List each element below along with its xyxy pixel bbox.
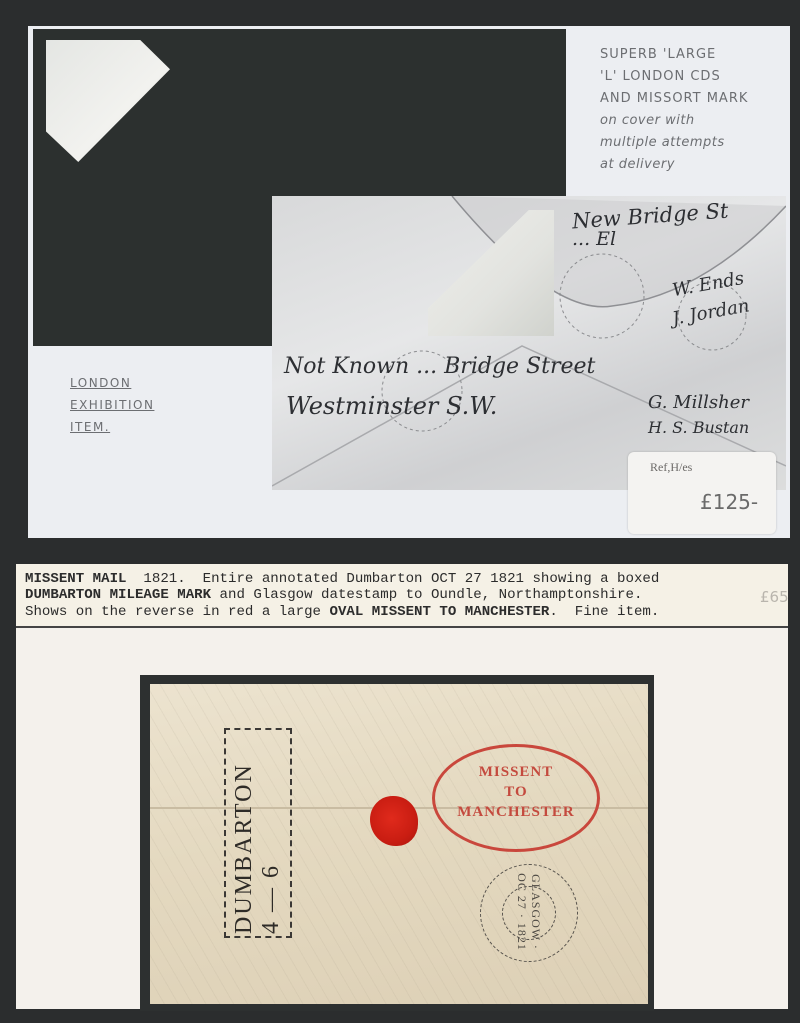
note-line: 'L' LONDON CDS — [600, 66, 785, 88]
reference-price-label: Ref,H/es £125- — [628, 452, 776, 534]
mileage-mark-text: DUMBARTON 4 — 6 — [230, 744, 286, 934]
postman-signature: G. Millsher — [648, 392, 749, 413]
description-line: MISSENT MAIL 1821. Entire annotated Dumb… — [25, 571, 779, 587]
handwritten-price: £125- — [700, 490, 758, 514]
entire-letter-cover: DUMBARTON 4 — 6 MISSENT TO MANCHESTER GL… — [150, 684, 648, 1004]
description-text: 1821. Entire annotated Dumbarton OCT 27 … — [127, 571, 660, 587]
note-line: SUPERB 'LARGE — [600, 44, 785, 66]
handwritten-description-note: SUPERB 'LARGE 'L' LONDON CDS AND MISSORT… — [600, 44, 785, 176]
datestamp-text: GLASGOW · OC 27 · 1821 — [515, 863, 543, 961]
description-text: . Fine item. — [549, 604, 659, 620]
description-heading: MISSENT MAIL — [25, 571, 127, 587]
description-emphasis: OVAL MISSENT TO MANCHESTER — [329, 604, 549, 620]
handstamp-line: TO — [432, 782, 600, 802]
lot-description: MISSENT MAIL 1821. Entire annotated Dumb… — [16, 564, 788, 628]
note-line: EXHIBITION — [70, 394, 154, 416]
description-emphasis: DUMBARTON MILEAGE MARK — [25, 587, 211, 603]
pencil-price: £65 — [760, 588, 789, 606]
mileage-mark-label: DUMBARTON 4 — 6 — [231, 744, 285, 934]
note-line: at delivery — [600, 154, 785, 176]
postman-signature: H. S. Bustan — [648, 418, 749, 437]
description-text: Shows on the reverse in red a large — [25, 604, 329, 620]
red-wax-seal — [370, 796, 418, 846]
note-line: multiple attempts — [600, 132, 785, 154]
description-line: DUMBARTON MILEAGE MARK and Glasgow dates… — [25, 587, 779, 603]
handstamp-line: MISSENT — [432, 762, 600, 782]
cover-annotation-line: Westminster S.W. — [286, 392, 497, 420]
note-line: ITEM. — [70, 416, 154, 438]
reference-code: Ref,H/es — [650, 460, 692, 475]
cover-address-line: ... El — [572, 228, 616, 250]
note-line: AND MISSORT MARK — [600, 88, 785, 110]
oval-missent-text: MISSENT TO MANCHESTER — [432, 762, 600, 822]
cover-annotation-line: Not Known ... Bridge Street — [284, 354, 595, 379]
description-line: Shows on the reverse in red a large OVAL… — [25, 604, 779, 620]
note-line: on cover with — [600, 110, 785, 132]
handstamp-line: MANCHESTER — [432, 802, 600, 822]
description-text: and Glasgow datestamp to Oundle, Northam… — [211, 587, 642, 603]
note-line: LONDON — [70, 372, 154, 394]
handwritten-exhibition-note: LONDON EXHIBITION ITEM. — [70, 372, 154, 438]
